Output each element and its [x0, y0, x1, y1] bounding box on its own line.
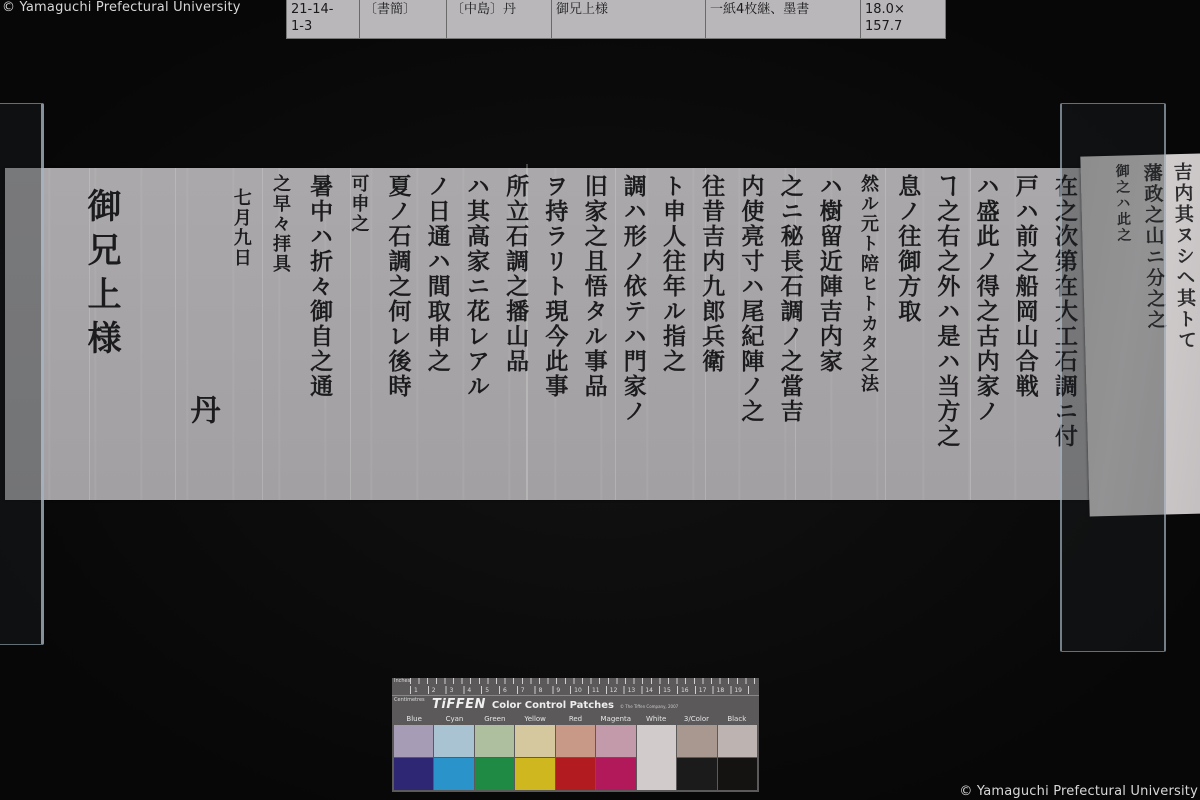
chart-title: TiFFEN Color Control Patches © The Tiffe…	[432, 697, 678, 712]
copyright-watermark-bottom: © Yamaguchi Prefectural University	[959, 784, 1198, 799]
format-cell: 一紙4枚継、墨書	[706, 0, 861, 38]
color-patch-yellow-dark	[515, 758, 554, 790]
patch-label: Yellow	[515, 715, 555, 723]
letter-column: 所立石調之播山品	[497, 174, 536, 494]
letter-column: 旧家之且悟タル事品	[575, 174, 614, 494]
letter-column: 可申之	[340, 174, 379, 494]
patch-label: Black	[717, 715, 757, 723]
color-patch-black-dark	[718, 758, 757, 790]
letter-body: 在之次第在大工石調ニ付 戸ハ前之船岡山合戦 ハ盛此ノ得之古内家ノ ヿ之右之外ハ是…	[75, 174, 1085, 494]
patch-label: Green	[475, 715, 515, 723]
letter-column: 夏ノ石調之何レ後時	[379, 174, 418, 494]
color-patch-magenta-light	[596, 725, 635, 757]
ruler-cm-label: Centimetres	[394, 697, 425, 703]
author-cell: 〔中島〕丹	[447, 0, 552, 38]
ruler-cm-numbers: 12345678910111213141516171819	[414, 687, 752, 694]
letter-column: 然ル元ト陪ヒトカタ之法	[850, 174, 889, 494]
color-patch-black-light	[718, 725, 757, 757]
color-patch-cyan-light	[434, 725, 473, 757]
color-patch-white-light	[637, 725, 676, 790]
archive-photo-stage: © Yamaguchi Prefectural University 21-14…	[0, 0, 1200, 800]
letter-date: 七月九日	[223, 174, 262, 508]
letter-column: ヲ持ラリト現今此事	[536, 174, 575, 494]
color-patch-blue-light	[394, 725, 433, 757]
tiffen-color-chart: Inches 12345678910111213141516171819 Cen…	[392, 678, 759, 792]
color-patch-yellow-light	[515, 725, 554, 757]
color-patch-cyan-dark	[434, 758, 473, 790]
patch-label: Magenta	[596, 715, 636, 723]
catalog-number-cell: 21-14- 1-3	[287, 0, 360, 38]
letter-column: 息ノ往御方取	[889, 174, 928, 494]
color-patch-3-color-dark	[677, 758, 716, 790]
copyright-watermark-top: © Yamaguchi Prefectural University	[2, 0, 241, 15]
chart-copyright: © The Tiffen Company, 2007	[620, 704, 678, 709]
ruler-inch-ticks	[410, 678, 759, 684]
color-patch-red-light	[556, 725, 595, 757]
letter-column: 之ニ秘長石調ノ之當吉	[771, 174, 810, 494]
tiffen-logo: TiFFEN	[432, 697, 486, 712]
color-patch-red-dark	[556, 758, 595, 790]
letter-signature: 丹	[183, 174, 222, 714]
color-patch-3-color-light	[677, 725, 716, 757]
ruler-inches-label: Inches	[394, 678, 410, 684]
letter-column: ハ盛此ノ得之古内家ノ	[967, 174, 1006, 494]
document-type-cell: 〔書簡〕	[360, 0, 447, 38]
ruler: Inches 12345678910111213141516171819	[392, 678, 759, 696]
letter-column: ト申人往年ル指之	[654, 174, 693, 494]
recipient-cell: 御兄上様	[552, 0, 706, 38]
patch-label: 3/Color	[676, 715, 716, 723]
letter-address: 御兄上様	[75, 174, 131, 508]
color-patch-magenta-dark	[596, 758, 635, 790]
acrylic-weight-bar-right	[1060, 103, 1166, 652]
letter-column: ハ樹留近陣吉内家	[811, 174, 850, 494]
letter-column: 調ハ形ノ依テハ門家ノ	[615, 174, 654, 494]
color-patch-blue-dark	[394, 758, 433, 790]
letter-column: 内使亮寸ハ尾紀陣ノ之	[732, 174, 771, 494]
letter-column: 之早々拝具	[262, 174, 301, 494]
color-patch-green-dark	[475, 758, 514, 790]
color-patches-grid	[394, 725, 757, 790]
patch-label: Cyan	[434, 715, 474, 723]
acrylic-weight-bar-left	[0, 103, 44, 645]
patch-labels: Blue Cyan Green Yellow Red Magenta White…	[394, 715, 757, 723]
patch-label: Red	[555, 715, 595, 723]
letter-column: ノ日通ハ間取申之	[419, 174, 458, 494]
letter-column: ヿ之右之外ハ是ハ当方之	[928, 174, 967, 494]
letter-column: 暑中ハ折々御自之通	[301, 174, 340, 494]
letter-column: ハ其高家ニ花レアル	[458, 174, 497, 494]
patch-label: White	[636, 715, 676, 723]
chart-name: Color Control Patches	[492, 700, 614, 711]
size-cell: 18.0× 157.7	[861, 0, 945, 38]
letter-column: 往昔吉内九郎兵衛	[693, 174, 732, 494]
patch-label: Blue	[394, 715, 434, 723]
letter-document: 在之次第在大工石調ニ付 戸ハ前之船岡山合戦 ハ盛此ノ得之古内家ノ ヿ之右之外ハ是…	[5, 168, 1095, 500]
color-patch-green-light	[475, 725, 514, 757]
catalog-label-table: 21-14- 1-3 〔書簡〕 〔中島〕丹 御兄上様 一紙4枚継、墨書 18.0…	[286, 0, 946, 39]
letter-column: 戸ハ前之船岡山合戦	[1007, 174, 1046, 494]
